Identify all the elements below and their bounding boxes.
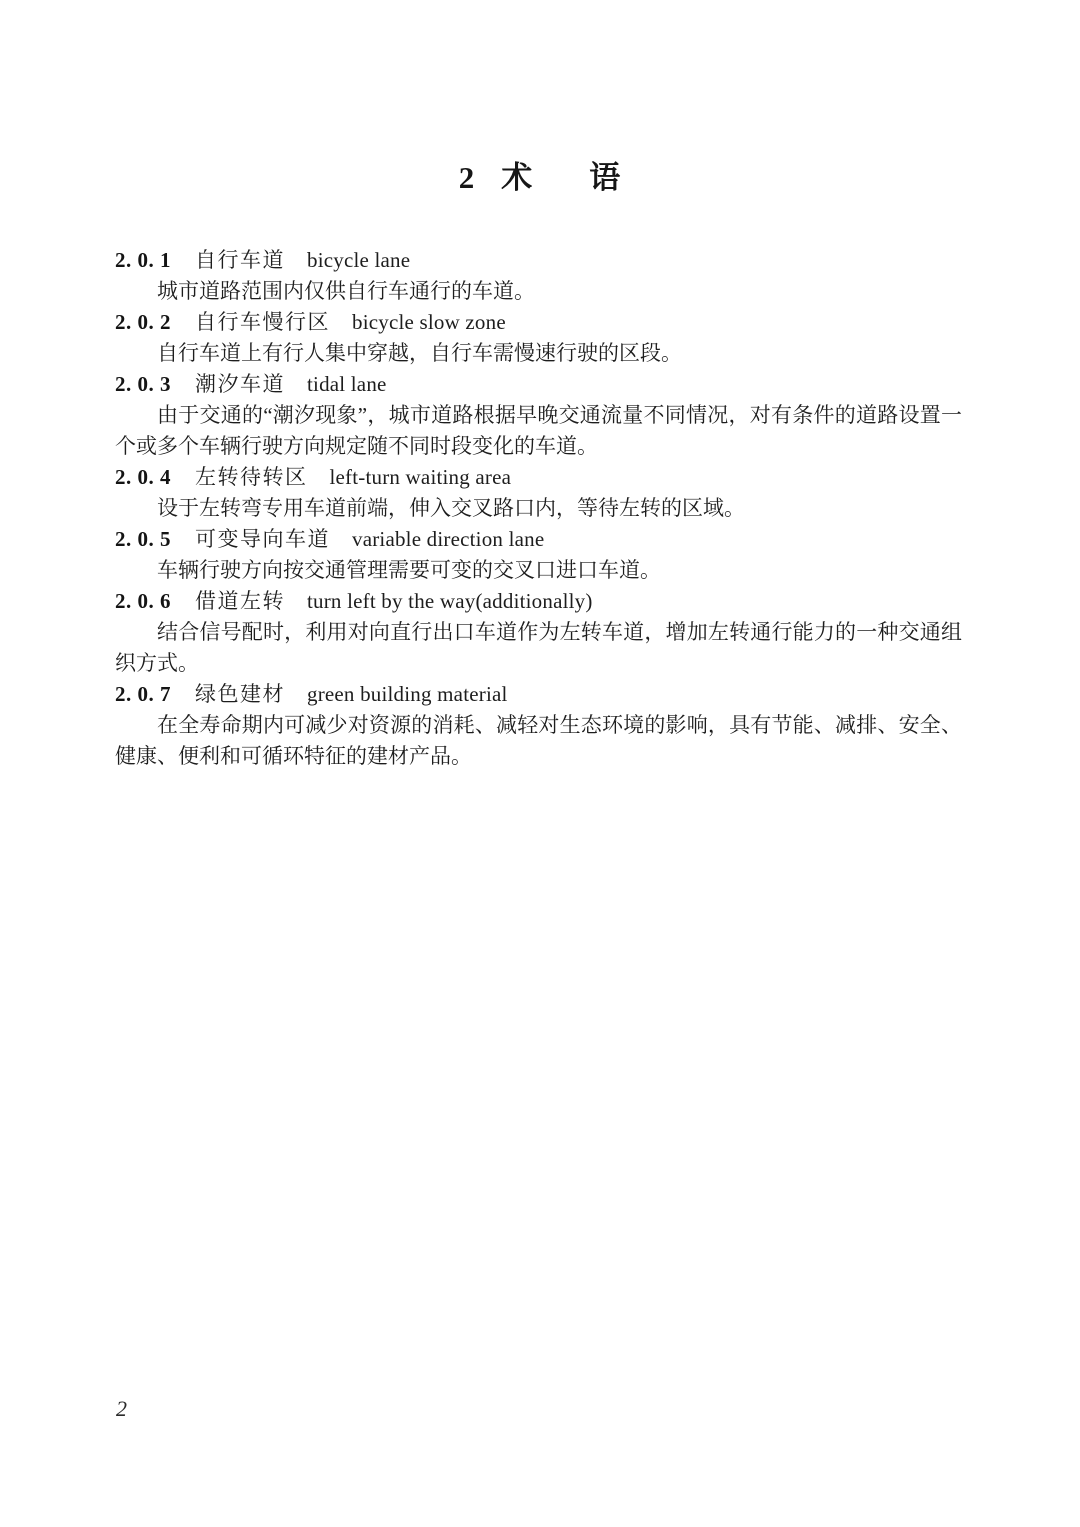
term-definition: 由于交通的“潮汐现象”，城市道路根据早晚交通流量不同情况，对有条件的道路设置一个… xyxy=(115,400,962,462)
term-english: variable direction lane xyxy=(352,527,544,551)
section-title-char-1: 术 xyxy=(501,160,533,195)
term-number: 2. 0. 6 xyxy=(115,589,171,613)
term-english: bicycle lane xyxy=(307,248,410,272)
section-title-char-2: 语 xyxy=(589,160,621,195)
term-english: left-turn waiting area xyxy=(330,465,512,489)
term-chinese: 绿色建材 xyxy=(195,682,285,706)
term-definition: 自行车道上有行人集中穿越，自行车需慢速行驶的区段。 xyxy=(115,338,962,369)
term-heading: 2. 0. 2自行车慢行区bicycle slow zone xyxy=(115,307,962,338)
term-heading: 2. 0. 4左转待转区left-turn waiting area xyxy=(115,462,962,493)
term-chinese: 自行车道 xyxy=(195,248,285,272)
term-definition: 结合信号配时，利用对向直行出口车道作为左转车道，增加左转通行能力的一种交通组织方… xyxy=(115,617,962,679)
term-heading: 2. 0. 7绿色建材green building material xyxy=(115,679,962,710)
term-number: 2. 0. 4 xyxy=(115,465,171,489)
term-number: 2. 0. 3 xyxy=(115,372,171,396)
term-definition: 车辆行驶方向按交通管理需要可变的交叉口进口车道。 xyxy=(115,555,962,586)
term-number: 2. 0. 1 xyxy=(115,248,171,272)
term-definition: 在全寿命期内可减少对资源的消耗、减轻对生态环境的影响，具有节能、减排、安全、健康… xyxy=(115,710,962,772)
term-definition: 城市道路范围内仅供自行车通行的车道。 xyxy=(115,276,962,307)
term-heading: 2. 0. 5可变导向车道variable direction lane xyxy=(115,524,962,555)
term-chinese: 借道左转 xyxy=(195,589,285,613)
term-english: tidal lane xyxy=(307,372,387,396)
section-title: 2术语 xyxy=(0,0,1080,197)
term-heading: 2. 0. 6借道左转turn left by the way(addition… xyxy=(115,586,962,617)
term-chinese: 潮汐车道 xyxy=(195,372,285,396)
term-english: bicycle slow zone xyxy=(352,310,506,334)
term-chinese: 左转待转区 xyxy=(195,465,308,489)
document-page: 2术语 2. 0. 1自行车道bicycle lane 城市道路范围内仅供自行车… xyxy=(0,0,1080,1527)
term-heading: 2. 0. 3潮汐车道tidal lane xyxy=(115,369,962,400)
term-english: green building material xyxy=(307,682,508,706)
term-english: turn left by the way(additionally) xyxy=(307,589,593,613)
page-number: 2 xyxy=(116,1396,127,1422)
term-definition: 设于左转弯专用车道前端，伸入交叉路口内，等待左转的区域。 xyxy=(115,493,962,524)
terms-section: 2. 0. 1自行车道bicycle lane 城市道路范围内仅供自行车通行的车… xyxy=(115,245,962,772)
term-chinese: 可变导向车道 xyxy=(195,527,330,551)
term-number: 2. 0. 7 xyxy=(115,682,171,706)
section-number: 2 xyxy=(459,160,476,195)
term-heading: 2. 0. 1自行车道bicycle lane xyxy=(115,245,962,276)
term-number: 2. 0. 5 xyxy=(115,527,171,551)
term-number: 2. 0. 2 xyxy=(115,310,171,334)
term-chinese: 自行车慢行区 xyxy=(195,310,330,334)
